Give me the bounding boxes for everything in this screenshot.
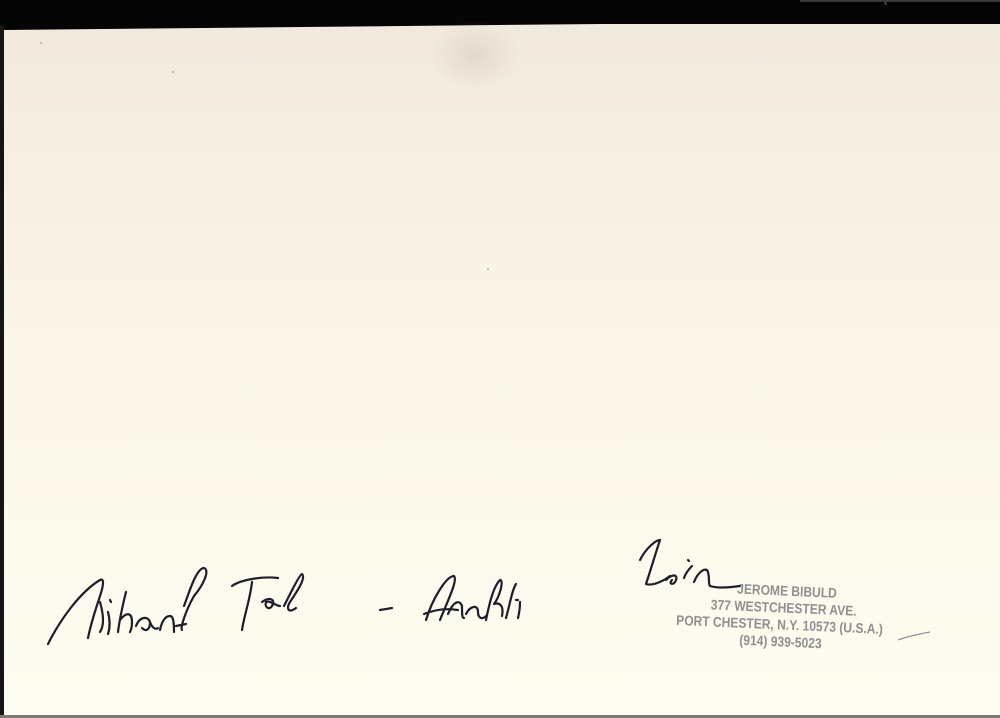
address-stamp: JEROME BIBULD 377 WESTCHESTER AVE. PORT … [677,578,886,655]
signature-stroke [48,580,103,644]
